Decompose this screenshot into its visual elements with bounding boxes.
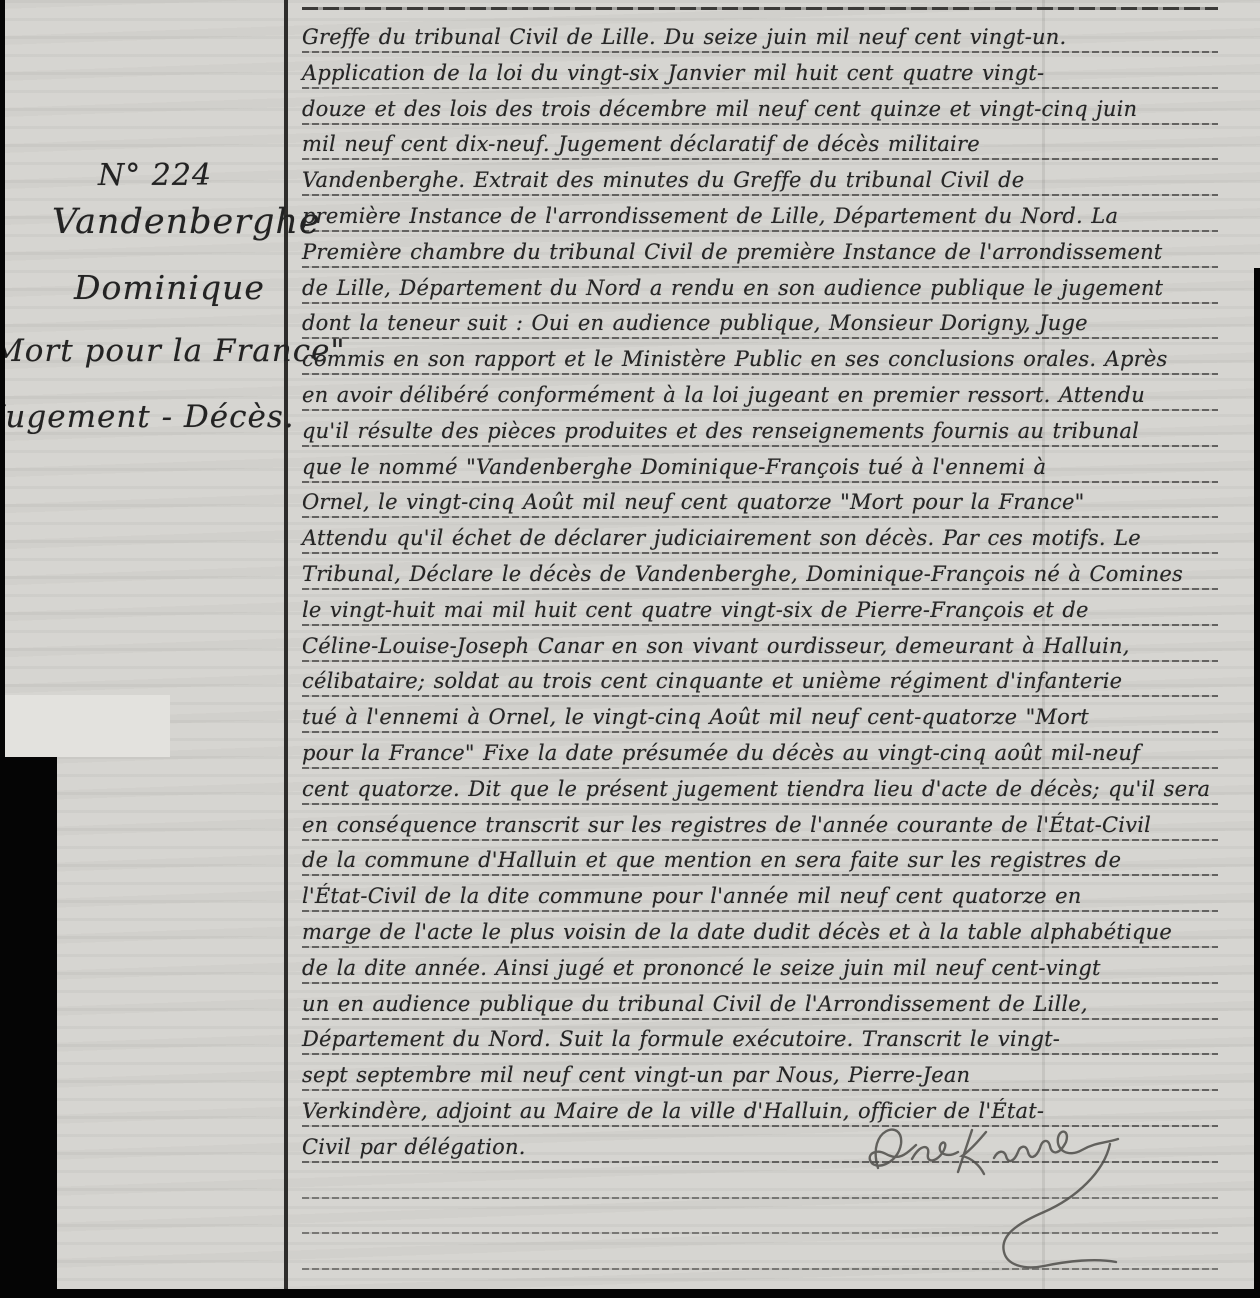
- manuscript-line: en avoir délibéré conformément à la loi …: [302, 378, 1218, 414]
- signature: [848, 1112, 1148, 1292]
- scan-edge-right: [1254, 268, 1260, 1298]
- manuscript-line: Première chambre du tribunal Civil de pr…: [302, 235, 1218, 271]
- decedent-given-name: Dominique: [74, 268, 265, 307]
- scan-edge-left: [0, 0, 5, 762]
- manuscript-line: Vandenberghe. Extrait des minutes du Gre…: [302, 163, 1218, 199]
- manuscript-line: pour la France" Fixe la date présumée du…: [302, 736, 1218, 772]
- manuscript-line: en conséquence transcrit sur les registr…: [302, 808, 1218, 844]
- manuscript-line: Application de la loi du vingt-six Janvi…: [302, 56, 1218, 92]
- act-category: Jugement - Décès.: [0, 399, 295, 435]
- decedent-surname: Vandenberghe: [52, 202, 321, 242]
- manuscript-line: qu'il résulte des pièces produites et de…: [302, 414, 1218, 450]
- paper-light-patch: [0, 695, 170, 757]
- mort-pour-la-france-mention: Mort pour la France": [0, 333, 346, 369]
- manuscript-line: marge de l'acte le plus voisin de la dat…: [302, 915, 1218, 951]
- manuscript-line: Greffe du tribunal Civil de Lille. Du se…: [302, 20, 1218, 56]
- manuscript-line: douze et des lois des trois décembre mil…: [302, 92, 1218, 128]
- scan-edge-block: [0, 757, 57, 1298]
- manuscript-line: un en audience publique du tribunal Civi…: [302, 987, 1218, 1023]
- registry-page: N° 224 Vandenberghe Dominique Mort pour …: [0, 0, 1260, 1298]
- manuscript-line: que le nommé "Vandenberghe Dominique-Fra…: [302, 450, 1218, 486]
- scan-edge-bottom: [0, 1289, 1260, 1298]
- manuscript-line: Tribunal, Déclare le décès de Vandenberg…: [302, 557, 1218, 593]
- margin-rule: [284, 0, 288, 1298]
- top-ruled-line: [302, 7, 1218, 10]
- manuscript-line: de la dite année. Ainsi jugé et prononcé…: [302, 951, 1218, 987]
- act-number: N° 224: [98, 158, 212, 193]
- manuscript-line: mil neuf cent dix-neuf. Jugement déclara…: [302, 127, 1218, 163]
- manuscript-line: de Lille, Département du Nord a rendu en…: [302, 271, 1218, 307]
- manuscript-line: dont la teneur suit : Oui en audience pu…: [302, 306, 1218, 342]
- manuscript-body: Greffe du tribunal Civil de Lille. Du se…: [302, 20, 1218, 1273]
- manuscript-line: Attendu qu'il échet de déclarer judiciai…: [302, 521, 1218, 557]
- manuscript-line: Céline-Louise-Joseph Canar en son vivant…: [302, 629, 1218, 665]
- manuscript-line: tué à l'ennemi à Ornel, le vingt-cinq Ao…: [302, 700, 1218, 736]
- manuscript-line: commis en son rapport et le Ministère Pu…: [302, 342, 1218, 378]
- manuscript-line: l'État-Civil de la dite commune pour l'a…: [302, 879, 1218, 915]
- manuscript-line: sept septembre mil neuf cent vingt-un pa…: [302, 1058, 1218, 1094]
- manuscript-line: Ornel, le vingt-cinq Août mil neuf cent …: [302, 485, 1218, 521]
- manuscript-line: de la commune d'Halluin et que mention e…: [302, 843, 1218, 879]
- manuscript-line: cent quatorze. Dit que le présent jugeme…: [302, 772, 1218, 808]
- manuscript-line: célibataire; soldat au trois cent cinqua…: [302, 664, 1218, 700]
- manuscript-line: le vingt-huit mai mil huit cent quatre v…: [302, 593, 1218, 629]
- manuscript-line: Département du Nord. Suit la formule exé…: [302, 1022, 1218, 1058]
- manuscript-line: première Instance de l'arrondissement de…: [302, 199, 1218, 235]
